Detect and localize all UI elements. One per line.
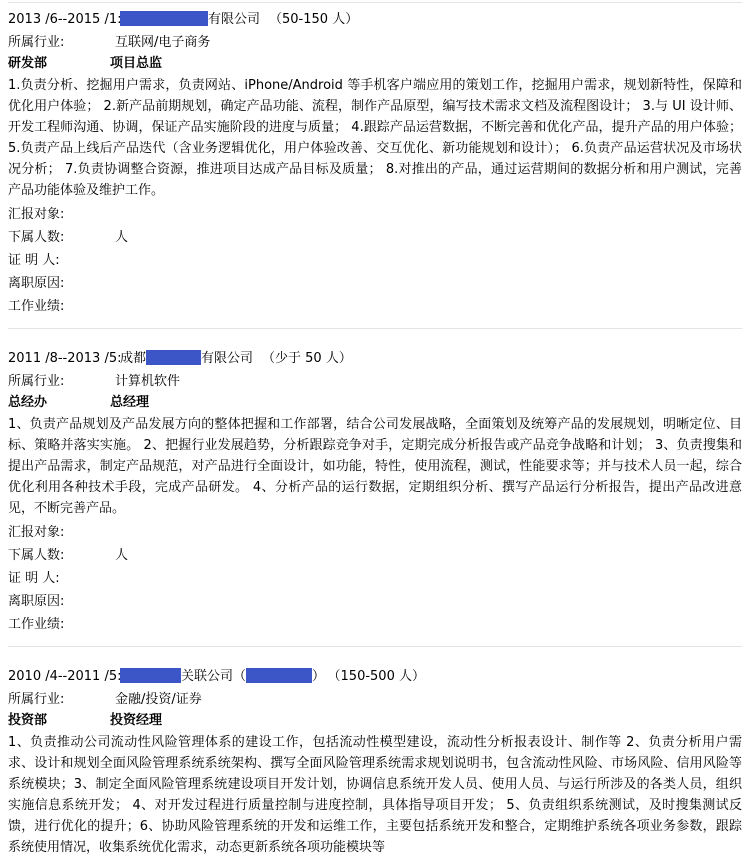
entry-fields: 汇报对象: 下属人数:人 证 明 人: 离职原因: 工作业绩: [8, 521, 742, 636]
work-experience-entry-2: 2011 /8--2013 /5:成都有限公司（少于 50 人） 所属行业:计算… [8, 328, 742, 636]
job-title: 投资经理 [110, 713, 162, 728]
field-value: 人 [115, 548, 128, 563]
industry-label: 所属行业: [8, 371, 115, 392]
company-name-suffix: ） [312, 669, 325, 684]
employment-period: 2011 /8--2013 /5: [8, 346, 120, 371]
redaction-box [120, 668, 181, 683]
industry-value: 金融/投资/证券 [115, 692, 202, 707]
job-description: 1、负责推动公司流动性风险管理体系的建设工作，包括流动性模型建设，流动性分析报表… [8, 732, 742, 858]
field-label: 下属人数: [8, 544, 115, 567]
industry-label: 所属行业: [8, 689, 115, 710]
field-label: 汇报对象: [8, 521, 115, 544]
redaction-box [146, 350, 201, 365]
company-name: 关联公司（ [181, 669, 246, 684]
job-title: 项目总监 [110, 56, 162, 71]
department-name: 研发部 [8, 53, 110, 74]
field-row: 工作业绩: [8, 613, 742, 636]
field-row: 证 明 人: [8, 567, 742, 590]
company-size: （少于 50 人） [262, 351, 352, 366]
position-row: 投资部投资经理 [8, 710, 742, 731]
redaction-box [246, 668, 312, 683]
company-name: 有限公司 [208, 12, 260, 27]
industry-row: 所属行业:计算机软件 [8, 371, 742, 392]
employment-period: 2010 /4--2011 /5: [8, 664, 120, 689]
field-label: 汇报对象: [8, 203, 115, 226]
job-title: 总经理 [110, 395, 149, 410]
field-label: 工作业绩: [8, 613, 115, 636]
field-row: 汇报对象: [8, 203, 742, 226]
field-label: 离职原因: [8, 590, 115, 613]
company-size: （150-500 人） [334, 669, 425, 684]
company-size: （50-150 人） [269, 12, 358, 27]
position-row: 研发部项目总监 [8, 53, 742, 74]
industry-value: 互联网/电子商务 [115, 35, 210, 50]
department-name: 投资部 [8, 710, 110, 731]
field-row: 离职原因: [8, 272, 742, 295]
entry-header: 2013 /6--2015 /1:有限公司（50-150 人） [8, 7, 742, 32]
job-description: 1、负责产品规划及产品发展方向的整体把握和工作部署，结合公司发展战略，全面策划及… [8, 414, 742, 519]
field-label: 工作业绩: [8, 295, 115, 318]
position-row: 总经办总经理 [8, 392, 742, 413]
company-name-prefix: 成都 [120, 351, 146, 366]
field-row: 工作业绩: [8, 295, 742, 318]
field-value: 人 [115, 230, 128, 245]
employment-period: 2013 /6--2015 /1: [8, 7, 120, 32]
field-label: 离职原因: [8, 272, 115, 295]
job-description: 1.负责分析、挖掘用户需求，负责网站、iPhone/Android 等手机客户端… [8, 75, 742, 201]
field-label: 下属人数: [8, 226, 115, 249]
field-row: 离职原因: [8, 590, 742, 613]
field-row: 证 明 人: [8, 249, 742, 272]
field-row: 下属人数:人 [8, 226, 742, 249]
industry-row: 所属行业:金融/投资/证券 [8, 689, 742, 710]
field-row: 汇报对象: [8, 521, 742, 544]
department-name: 总经办 [8, 392, 110, 413]
entry-header: 2011 /8--2013 /5:成都有限公司（少于 50 人） [8, 346, 742, 371]
industry-value: 计算机软件 [115, 374, 180, 389]
field-row: 下属人数:人 [8, 544, 742, 567]
work-experience-entry-3: 2010 /4--2011 /5:关联公司（）（150-500 人） 所属行业:… [8, 646, 742, 858]
industry-label: 所属行业: [8, 32, 115, 53]
entry-header: 2010 /4--2011 /5:关联公司（）（150-500 人） [8, 664, 742, 689]
industry-row: 所属行业:互联网/电子商务 [8, 32, 742, 53]
field-label: 证 明 人: [8, 249, 115, 272]
resume-work-experience: 2013 /6--2015 /1:有限公司（50-150 人） 所属行业:互联网… [0, 0, 748, 858]
redaction-box [120, 11, 208, 26]
company-name: 有限公司 [201, 351, 253, 366]
field-label: 证 明 人: [8, 567, 115, 590]
entry-fields: 汇报对象: 下属人数:人 证 明 人: 离职原因: 工作业绩: [8, 203, 742, 318]
work-experience-entry-1: 2013 /6--2015 /1:有限公司（50-150 人） 所属行业:互联网… [8, 2, 742, 318]
